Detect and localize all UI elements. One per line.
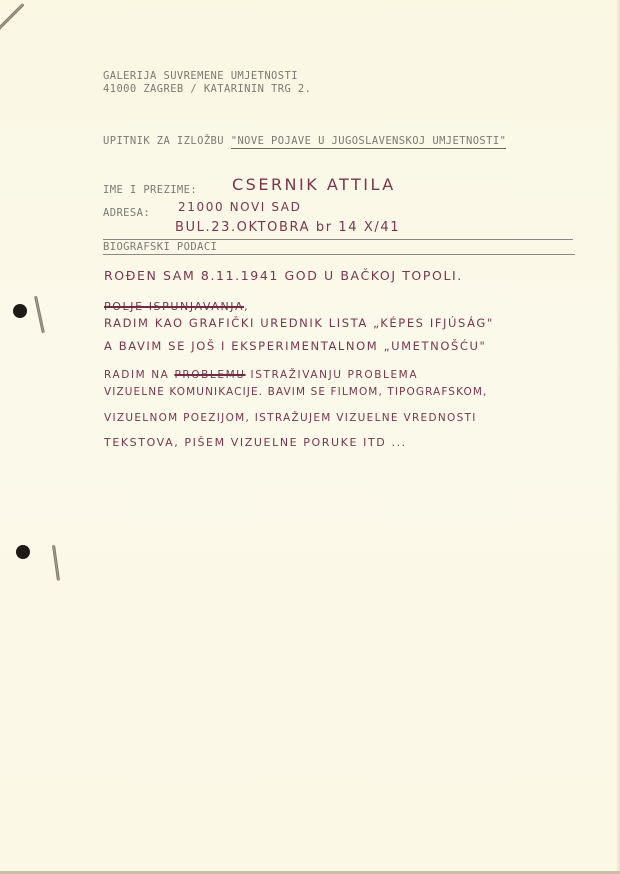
questionnaire-prefix: UPITNIK ZA IZLOŽBU bbox=[103, 135, 231, 147]
bio-line-5-start: RADIM NA bbox=[104, 369, 169, 381]
bio-line-2-end: , bbox=[244, 300, 249, 313]
address-label: ADRESA: bbox=[103, 207, 150, 219]
questionnaire-title: UPITNIK ZA IZLOŽBU "NOVE POJAVE U JUGOSL… bbox=[103, 135, 506, 147]
bio-line-8: TEKSTOVA, PIŠEM VIZUELNE PORUKE ITD ... bbox=[104, 436, 407, 449]
bio-label: BIOGRAFSKI PODACI bbox=[103, 241, 217, 253]
bio-line-5: RADIM NA PROBLEMU ISTRAŽIVANJU PROBLEMA bbox=[104, 369, 418, 381]
bio-line-5-end: ISTRAŽIVANJU PROBLEMA bbox=[251, 369, 419, 381]
punch-hole-lower bbox=[16, 545, 30, 559]
exhibition-title: "NOVE POJAVE U JUGOSLAVENSKOJ UMJETNOSTI… bbox=[231, 135, 507, 149]
document-page: GALERIJA SUVREMENE UMJETNOSTI 41000 ZAGR… bbox=[0, 0, 620, 874]
bio-line-6: VIZUELNE KOMUNIKACIJE. BAVIM SE FILMOM, … bbox=[104, 386, 487, 398]
address-line2: BUL.23.OKTOBRA br 14 X/41 bbox=[175, 220, 400, 235]
bio-line-3: RADIM KAO GRAFIČKI UREDNIK LISTA „KÉPES … bbox=[104, 316, 494, 330]
address-underline bbox=[103, 239, 573, 240]
staple-mark-upper bbox=[34, 296, 45, 334]
name-label: IME I PREZIME: bbox=[103, 184, 197, 196]
bio-line-1: ROĐEN SAM 8.11.1941 GOD U BAČKOJ TOPOLI. bbox=[104, 268, 463, 283]
address-line1: 21000 NOVI SAD bbox=[178, 200, 301, 214]
bio-line-4: A BAVIM SE JOŠ I EKSPERIMENTALNOM „UMETN… bbox=[104, 339, 486, 353]
gallery-name: GALERIJA SUVREMENE UMJETNOSTI bbox=[103, 70, 298, 82]
staple-mark-lower bbox=[52, 545, 60, 581]
bio-line-5-struck: PROBLEMU bbox=[174, 369, 245, 381]
staple-mark-top bbox=[0, 3, 25, 33]
bio-underline bbox=[103, 254, 575, 255]
bio-line-2: POLJE ISPUNJAVANJA, bbox=[104, 300, 249, 313]
bio-line-7: VIZUELNOM POEZIJOM, ISTRAŽUJEM VIZUELNE … bbox=[104, 412, 477, 424]
gallery-address: 41000 ZAGREB / KATARININ TRG 2. bbox=[103, 83, 311, 95]
bio-line-2-struck: POLJE ISPUNJAVANJA bbox=[104, 300, 244, 313]
punch-hole-upper bbox=[13, 304, 27, 318]
page-edge-shadow bbox=[616, 0, 620, 874]
name-value: CSERNIK ATTILA bbox=[232, 175, 396, 194]
